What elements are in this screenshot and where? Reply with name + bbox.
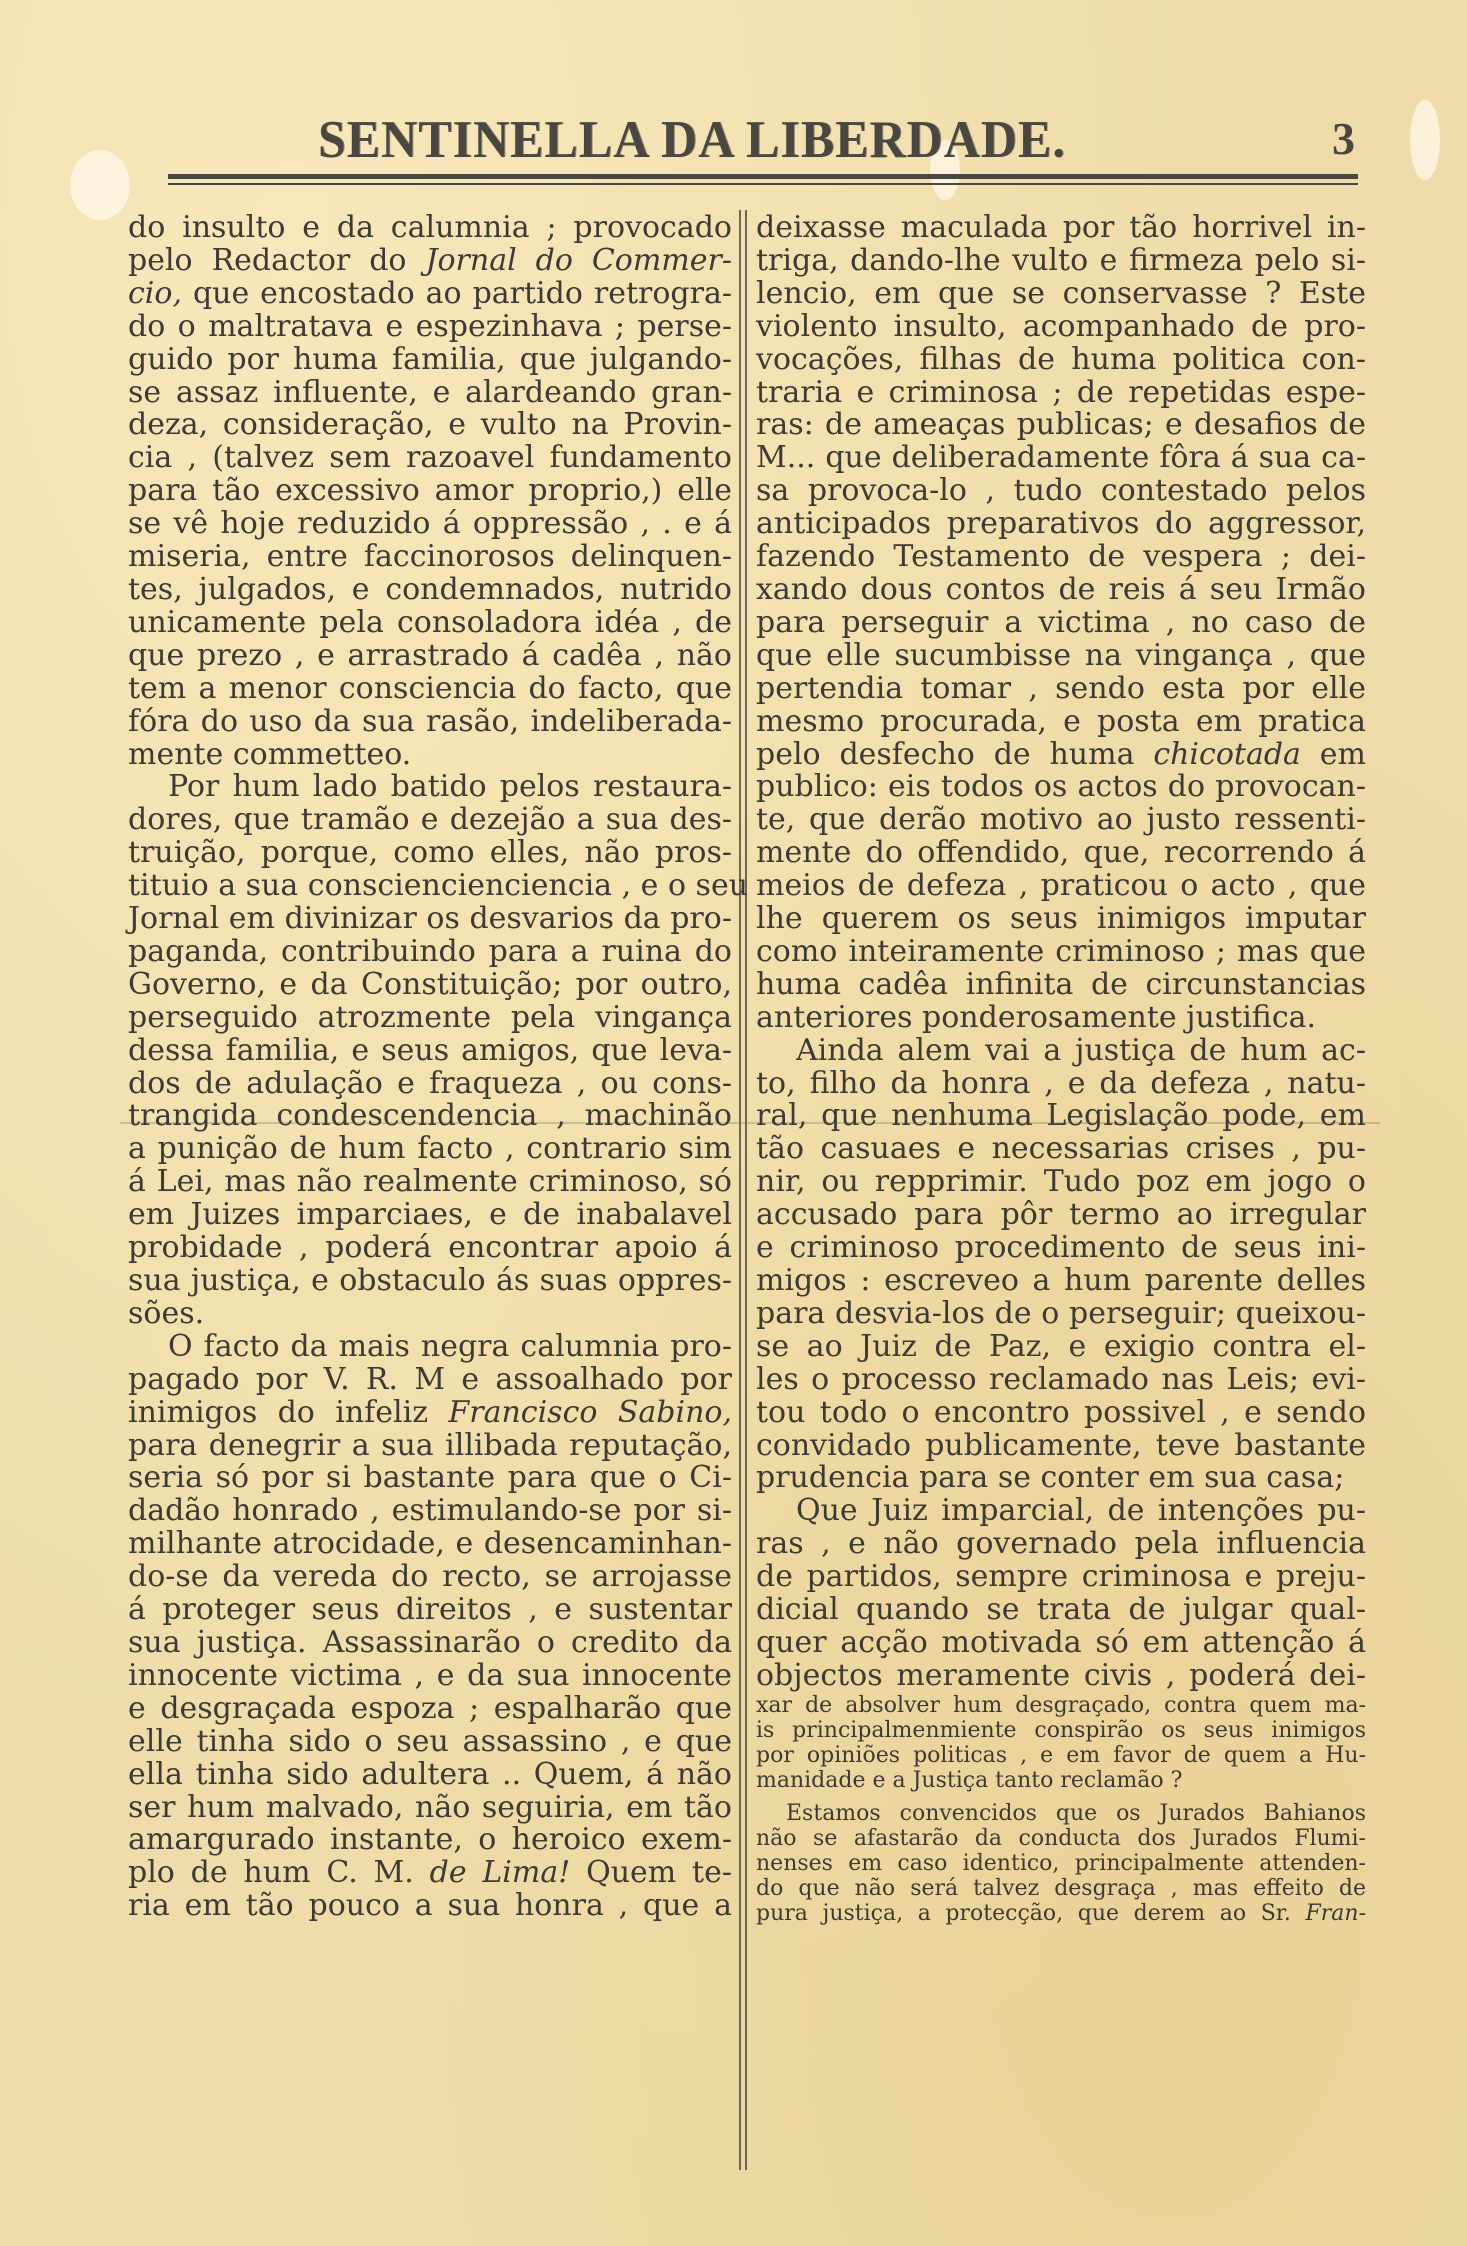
- column-divider: [739, 210, 741, 2170]
- paper-stain: [1410, 100, 1440, 180]
- italic-title: Jornal do Commer-: [425, 243, 732, 278]
- column-divider: [745, 210, 747, 2170]
- italic-name: de Lima!: [430, 1855, 571, 1890]
- newspaper-page: SENTINELLA DA LIBERDADE. 3 do insulto e …: [0, 0, 1467, 2246]
- paragraph-small: xar de absolver hum desgraçado, contra q…: [756, 1693, 1366, 1793]
- masthead-rule-thin: [168, 183, 1358, 185]
- paragraph: deixasse maculada por tão horrivel in- t…: [756, 212, 1366, 1035]
- left-column: do insulto e da calumnia ; provocado pel…: [128, 212, 732, 1923]
- italic-name: Francisco Sabino,: [448, 1395, 732, 1430]
- paragraph-small: Estamos convencidos que os Jurados Bahia…: [756, 1801, 1366, 1926]
- page-number: 3: [1332, 112, 1355, 165]
- italic-word: chicotada: [1153, 737, 1301, 772]
- masthead: SENTINELLA DA LIBERDADE. 3: [170, 108, 1370, 168]
- italic-name: Fran-: [1306, 1901, 1367, 1926]
- paragraph: Que Juiz imparcial, de intenções pu- ras…: [756, 1495, 1366, 1692]
- paper-stain: [70, 150, 130, 220]
- right-column: deixasse maculada por tão horrivel in- t…: [756, 212, 1366, 1926]
- paragraph: O facto da mais negra calumnia pro- paga…: [128, 1331, 732, 1923]
- masthead-rule-thick: [168, 174, 1358, 179]
- newspaper-title: SENTINELLA DA LIBERDADE.: [318, 109, 1066, 170]
- paragraph: Ainda alem vai a justiça de hum ac- to, …: [756, 1035, 1366, 1496]
- paragraph: Por hum lado batido pelos restaura- dore…: [128, 771, 732, 1330]
- paragraph: do insulto e da calumnia ; provocado pel…: [128, 212, 732, 771]
